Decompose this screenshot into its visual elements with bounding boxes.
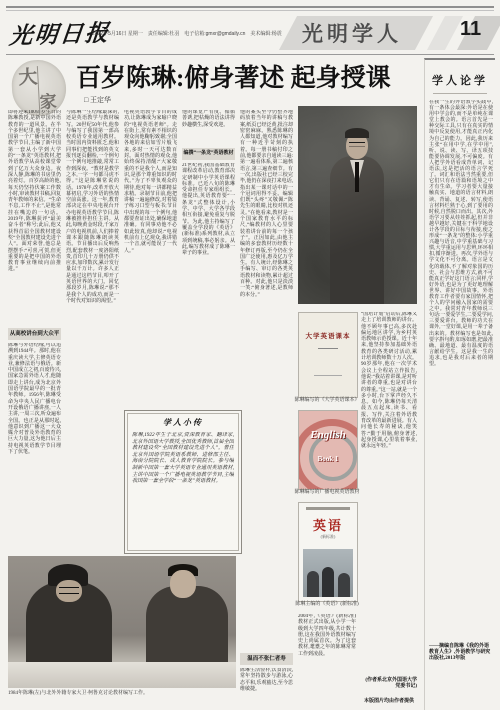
author-attribution: (作者系北京外国语大学党委书记)	[361, 678, 417, 691]
book2-subtitle: Book 1	[299, 455, 357, 463]
book3-decor-band	[306, 507, 350, 510]
book-cover-english-book1: English Book 1	[298, 410, 358, 490]
sidebar-rule	[433, 93, 487, 94]
body-column-3: 电视英语教学节目的成功,让陈琳成为家喻户晓的“电视英语老师”。走在街上,常有素不…	[124, 110, 177, 406]
book1-decor-line	[314, 375, 342, 376]
header-rule	[6, 54, 494, 55]
dateline: 2022年5月16日 星期一 责任编辑:杜羽 电子信箱:gmxr@gmdaily…	[92, 30, 302, 37]
subhead-longevity: 温而不张仁者寿	[240, 653, 293, 665]
photo-credit: 本版图片均由作者提供	[361, 697, 417, 704]
body-column-6: 2004年,《英语》(新标准)教材正式出版,从小学一年级到大学四年级,共计数十册…	[298, 614, 356, 706]
bio-box-title: 学人小传	[125, 417, 241, 428]
photo-documents	[8, 662, 236, 688]
book1-title: 大学英语课本	[299, 331, 357, 340]
book3-title: 英语	[299, 515, 357, 534]
article-byline: □ 王定华	[84, 95, 111, 105]
book1-caption: 陈琳编写的《大学英语课本》	[294, 398, 360, 404]
dajia-seal-icon: 大 家	[11, 59, 68, 118]
section-title: 光明学人	[302, 18, 402, 48]
discussion-photo-caption: 1984年陈琳(左)与北外外籍专家大卫·柯鲁克讨论教材编写工作。	[8, 691, 236, 697]
portrait-glasses	[349, 142, 365, 147]
body-column-4-top: 他的课宽严有度、循循善诱,把枯燥的语法讲得妙趣横生,深受欢迎。	[182, 110, 235, 146]
book1-decor-line	[318, 348, 338, 349]
book-cover-new-standard-english: 英语 (新标准)	[298, 502, 358, 602]
book3-figure	[322, 567, 334, 597]
portrait-tie	[355, 162, 359, 192]
body-column-7: “国培计划”启动后,陈琳又走上了培训教师的讲台。他不顾年事已高,多次赴偏远地区讲…	[361, 312, 417, 676]
subhead-textbook: 编撰“一条龙”英语教材	[182, 148, 235, 160]
book-cover-college-english: 大学英语课本	[298, 312, 358, 398]
book3-subtitle: (新标准)	[299, 534, 357, 540]
portrait-hair	[345, 128, 369, 138]
book3-figure	[307, 571, 319, 597]
book3-figure	[338, 573, 350, 597]
sidebar-text: 在我一生的外语教学实践中,有一条体会最深:外语是在使用中学会的,而不是单纯在课堂…	[429, 100, 493, 640]
book3-caption: 陈琳主编的《英语》(新标准)	[294, 602, 360, 608]
page-number: 11	[460, 18, 481, 41]
top-rule	[6, 6, 494, 8]
photo-right-face	[170, 570, 196, 598]
portrait-photo	[298, 106, 417, 304]
body-column-1-bottom: 陈琳与外语结缘,可以追溯到1944年。那时,他在重庆读大学,主修英语专业,兼修法…	[8, 343, 61, 552]
article-headline: 百岁陈琳:俯身著述 起身授课	[76, 58, 416, 94]
banner-stripe	[427, 16, 463, 50]
book2-title: English	[299, 429, 357, 441]
sidebar-scholar-essay: 学人论学 在我一生的外语教学实践中,有一条体会最深:外语是在使用中学会的,而不是…	[424, 58, 495, 710]
book2-caption: 陈琳编写的广播电视英语教材	[294, 490, 360, 496]
scholar-bio-box: 学人小传 陈琳,1922年生于北京,资深教育家、翻译家,北京外国语大学教授,全国…	[124, 410, 242, 554]
bio-box-text: 陈琳,1922年生于北京,资深教育家、翻译家,北京外国语大学教授,全国优秀教师,…	[132, 432, 234, 550]
body-column-5-bottom: 陈琳生活俭朴,饮食清淡,常年坚持散步与游泳,心态平和,乐观豁达,至今思维敏捷。	[240, 668, 293, 706]
section-banner: 光明学人 11	[288, 14, 494, 52]
photo-left-glasses	[59, 587, 79, 594]
sidebar-attribution: ——摘编自陈琳《我的外语教育人生》,外语教学与研究出版社,2013年版	[429, 644, 493, 663]
body-column-5: 他的案头至今仍整齐地码放着当年的讲稿与教案,纸页已经泛黄,批注却密密麻麻。熟悉陈…	[240, 110, 293, 650]
sidebar-title: 学人论学	[425, 72, 495, 88]
body-column-2: 与陈琳一生结缘最深的,还是英语教学与教材编写。20世纪50年代,他参与编写了我国…	[66, 110, 119, 552]
seal-char-1: 大	[18, 62, 38, 90]
body-column-4-bottom: 21世纪初,我国基础教育课程改革启动,教育部决定研制中小学英语课程标准。已近八旬…	[182, 163, 235, 406]
discussion-photo	[8, 556, 236, 688]
book3-cover-photo	[303, 549, 353, 597]
subhead-platform: 从高校讲台到大众平台	[8, 328, 61, 340]
top-rule-thin	[6, 10, 494, 11]
body-column-1-top: 即将迎来100周岁生日的陈琳教授,是新中国外语教育的一道风景。在半个多世纪里,他…	[8, 110, 61, 326]
